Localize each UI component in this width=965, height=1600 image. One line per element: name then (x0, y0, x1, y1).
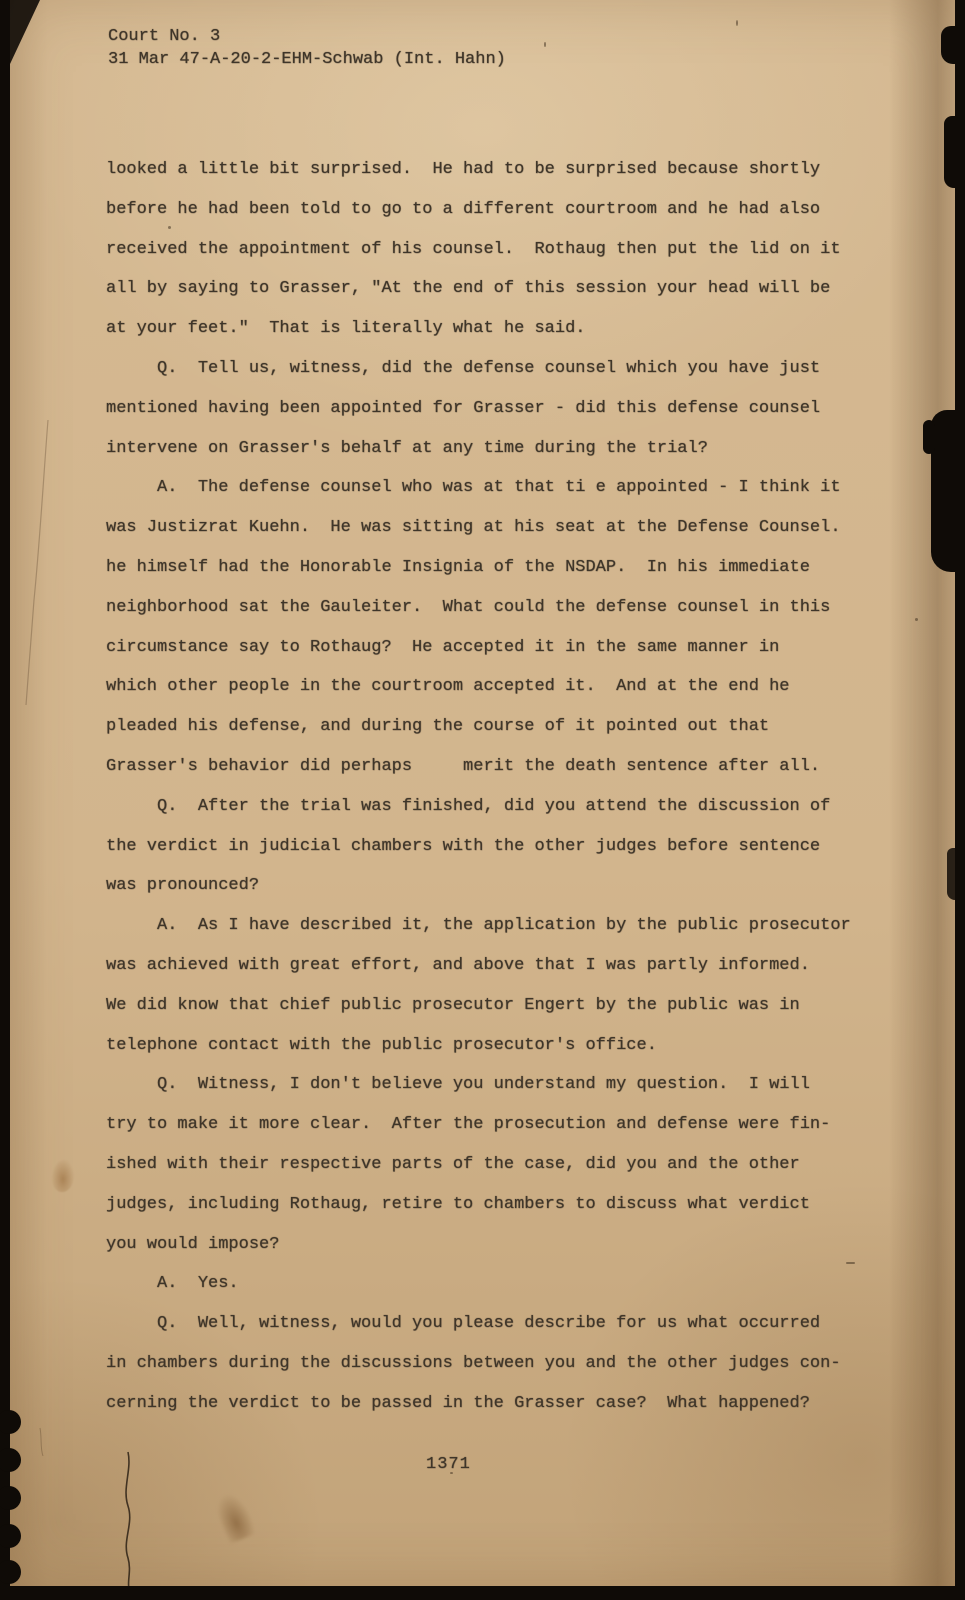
typed-line: judges, including Rothaug, retire to cha… (106, 1185, 896, 1225)
typed-line: Q. After the trial was finished, did you… (106, 787, 896, 827)
typed-line: at your feet." That is literally what he… (106, 309, 896, 349)
scanned-page-backdrop: Court No. 3 31 Mar 47-A-20-2-EHM-Schwab … (0, 0, 965, 1600)
torn-corner-top-left (10, 0, 40, 64)
paper-speck (915, 618, 918, 621)
paper-speck (544, 42, 546, 47)
typed-line: was pronounced? (106, 866, 896, 906)
typed-line: Q. Witness, I don't believe you understa… (106, 1065, 896, 1105)
binding-hole (0, 1410, 21, 1434)
typed-line: telephone contact with the public prosec… (106, 1026, 896, 1066)
typed-line: Q. Well, witness, would you please descr… (106, 1304, 896, 1344)
typed-line: he himself had the Honorable Insignia of… (106, 548, 896, 588)
typed-line: all by saying to Grasser, "At the end of… (106, 269, 896, 309)
court-number-line: Court No. 3 (108, 26, 506, 49)
paper-speck (736, 20, 738, 26)
document-page: Court No. 3 31 Mar 47-A-20-2-EHM-Schwab … (10, 0, 955, 1586)
paper-speck (168, 226, 171, 229)
typed-line: before he had been told to go to a diffe… (106, 190, 896, 230)
page-number: 1371 (426, 1450, 471, 1480)
binding-hole (0, 1524, 21, 1548)
typed-line: in chambers during the discussions betwe… (106, 1344, 896, 1384)
typed-line: you would impose? (106, 1225, 896, 1265)
paper-smudge (212, 1488, 258, 1544)
typed-line: pleaded his defense, and during the cour… (106, 707, 896, 747)
typed-line: mentioned having been appointed for Gras… (106, 389, 896, 429)
typed-line: cerning the verdict to be passed in the … (106, 1384, 896, 1424)
typed-line: was Justizrat Kuehn. He was sitting at h… (106, 508, 896, 548)
typed-line: A. As I have described it, the applicati… (106, 906, 896, 946)
torn-edge-notch (944, 116, 955, 188)
torn-edge-notch (941, 26, 955, 64)
binding-hole (0, 1560, 21, 1584)
torn-edge-blotch (931, 410, 955, 572)
transcript-id-line: 31 Mar 47-A-20-2-EHM-Schwab (Int. Hahn) (108, 49, 506, 72)
binding-hole (0, 1486, 21, 1510)
paper-speck (450, 1472, 453, 1474)
typed-line: which other people in the courtroom acce… (106, 667, 896, 707)
typed-line: try to make it more clear. After the pro… (106, 1105, 896, 1145)
torn-edge-notch (947, 848, 955, 900)
typed-line: the verdict in judicial chambers with th… (106, 827, 896, 867)
typed-line: circumstance say to Rothaug? He accepted… (106, 628, 896, 668)
page-header: Court No. 3 31 Mar 47-A-20-2-EHM-Schwab … (108, 26, 506, 71)
typed-line: A. Yes. (106, 1264, 896, 1304)
document-body: looked a little bit surprised. He had to… (106, 150, 896, 1424)
typed-line: Grasser's behavior did perhaps merit the… (106, 747, 896, 787)
paper-speck (846, 1262, 855, 1264)
typed-line: neighborhood sat the Gauleiter. What cou… (106, 588, 896, 628)
typed-line: Q. Tell us, witness, did the defense cou… (106, 349, 896, 389)
typed-line: ished with their respective parts of the… (106, 1145, 896, 1185)
typed-line: looked a little bit surprised. He had to… (106, 150, 896, 190)
typed-line: A. The defense counsel who was at that t… (106, 468, 896, 508)
binding-hole (0, 1448, 21, 1472)
typed-line: intervene on Grasser's behalf at any tim… (106, 429, 896, 469)
typed-line: We did know that chief public prosecutor… (106, 986, 896, 1026)
typed-line: was achieved with great effort, and abov… (106, 946, 896, 986)
paper-stain (52, 1160, 74, 1192)
typed-line: received the appointment of his counsel.… (106, 230, 896, 270)
